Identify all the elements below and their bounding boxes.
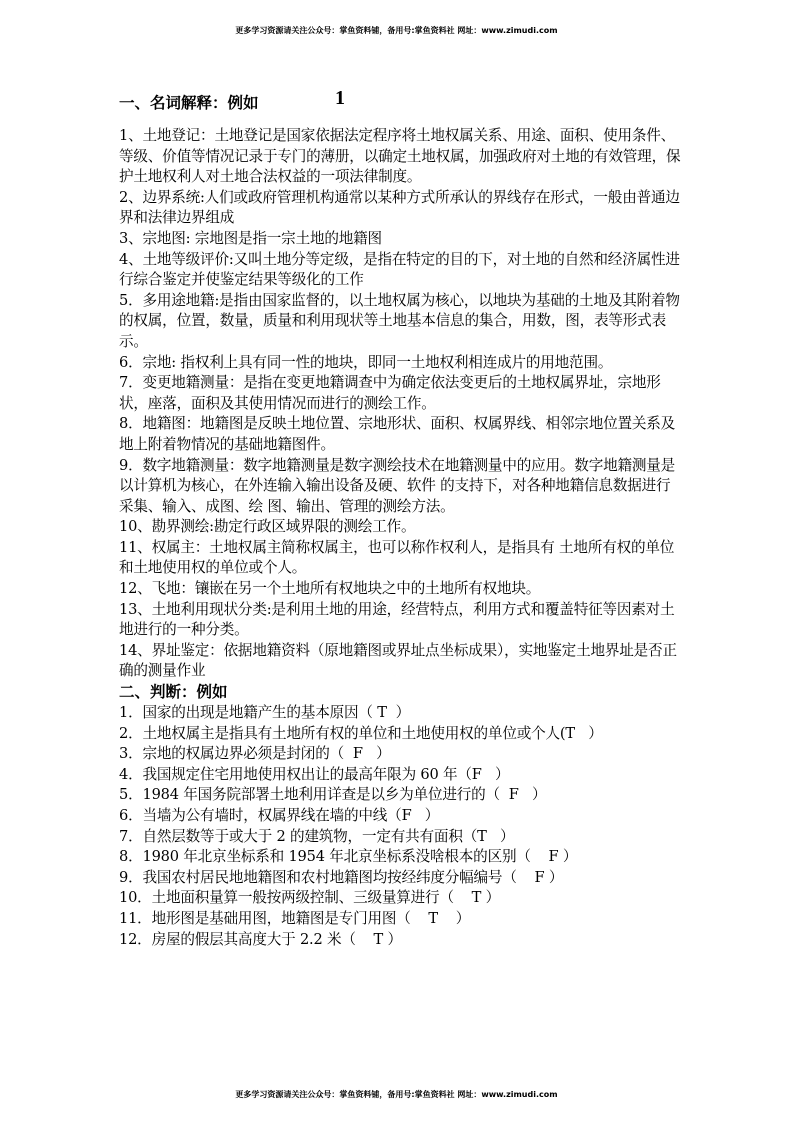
definition-item: 13、土地利用现状分类:是利用土地的用途，经营特点，利用方式和覆盖特征等因素对土…: [119, 600, 684, 641]
judgement-item: 1．国家的出现是地籍产生的基本原因（ T ）: [119, 703, 684, 724]
section-title-judgement: 二、判断：例如: [119, 682, 684, 703]
definition-item: 6．宗地: 指权利上具有同一性的地块，即同一土地权利相连成片的用地范围。: [119, 353, 684, 374]
section-title-definitions: 一、名词解释：例如: [119, 93, 684, 114]
judgement-item: 3．宗地的权属边界必须是封闭的（ F ）: [119, 744, 684, 765]
judgement-item: 7．自然层数等于或大于 2 的建筑物，一定有共有面积（T ）: [119, 827, 684, 848]
judgement-item: 6．当墙为公有墙时，权属界线在墙的中线（F ）: [119, 806, 684, 827]
document-body: 一、名词解释：例如 1、土地登记：土地登记是国家依据法定程序将土地权属关系、用途…: [119, 93, 684, 950]
definition-item: 3、宗地图: 宗地图是指一宗土地的地籍图: [119, 229, 684, 250]
definition-item: 7．变更地籍测量：是指在变更地籍调查中为确定依法变更后的土地权属界址，宗地形状，…: [119, 373, 684, 414]
judgement-item: 4．我国规定住宅用地使用权出让的最高年限为 60 年（F ）: [119, 765, 684, 786]
definition-item: 1、土地登记：土地登记是国家依据法定程序将土地权属关系、用途、面积、使用条件、等…: [119, 126, 684, 188]
footer-watermark-note: 更多学习资源请关注公众号：掌鱼资料铺，备用号:掌鱼资料社 网址：www.zimu…: [0, 1089, 793, 1100]
definition-item: 4、土地等级评价:又叫土地分等定级，是指在特定的目的下，对土地的自然和经济属性进…: [119, 250, 684, 291]
judgement-item: 12．房屋的假层其高度大于 2.2 米（ T ）: [119, 930, 684, 951]
judgement-item: 5．1984 年国务院部署土地利用详查是以乡为单位进行的（ F ）: [119, 785, 684, 806]
definition-item: 8．地籍图：地籍图是反映土地位置、宗地形状、面积、权属界线、相邻宗地位置关系及地…: [119, 414, 684, 455]
definition-item: 5．多用途地籍:是指由国家监督的，以土地权属为核心，以地块为基础的土地及其附着物…: [119, 291, 684, 353]
judgement-item: 10．土地面积量算一般按两级控制、三级量算进行（ T ）: [119, 888, 684, 909]
definition-item: 14、界址鉴定：依据地籍资料（原地籍图或界址点坐标成果），实地鉴定土地界址是否正…: [119, 641, 684, 682]
judgement-item: 11．地形图是基础用图，地籍图是专门用图（ T ）: [119, 909, 684, 930]
definition-item: 9．数字地籍测量：数字地籍测量是数字测绘技术在地籍测量中的应用。数字地籍测量是以…: [119, 456, 684, 518]
judgement-item: 8．1980 年北京坐标系和 1954 年北京坐标系没啥根本的区别（ F ）: [119, 847, 684, 868]
judgement-item: 2．土地权属主是指具有土地所有权的单位和土地使用权的单位或个人(T ）: [119, 724, 684, 745]
definition-item: 10、勘界测绘:勘定行政区域界限的测绘工作。: [119, 517, 684, 538]
definition-item: 11、权属主：土地权属主简称权属主，也可以称作权利人，是指具有 土地所有权的单位…: [119, 538, 684, 579]
judgement-item: 9．我国农村居民地地籍图和农村地籍图均按经纬度分幅编号（ F ）: [119, 868, 684, 889]
definition-item: 2、边界系统:人们或政府管理机构通常以某种方式所承认的界线存在形式，一般由普通边…: [119, 188, 684, 229]
definition-item: 12、飞地：镶嵌在另一个土地所有权地块之中的土地所有权地块。: [119, 579, 684, 600]
header-watermark-note: 更多学习资源请关注公众号：掌鱼资料铺，备用号:掌鱼资料社 网址：www.zimu…: [0, 25, 793, 36]
